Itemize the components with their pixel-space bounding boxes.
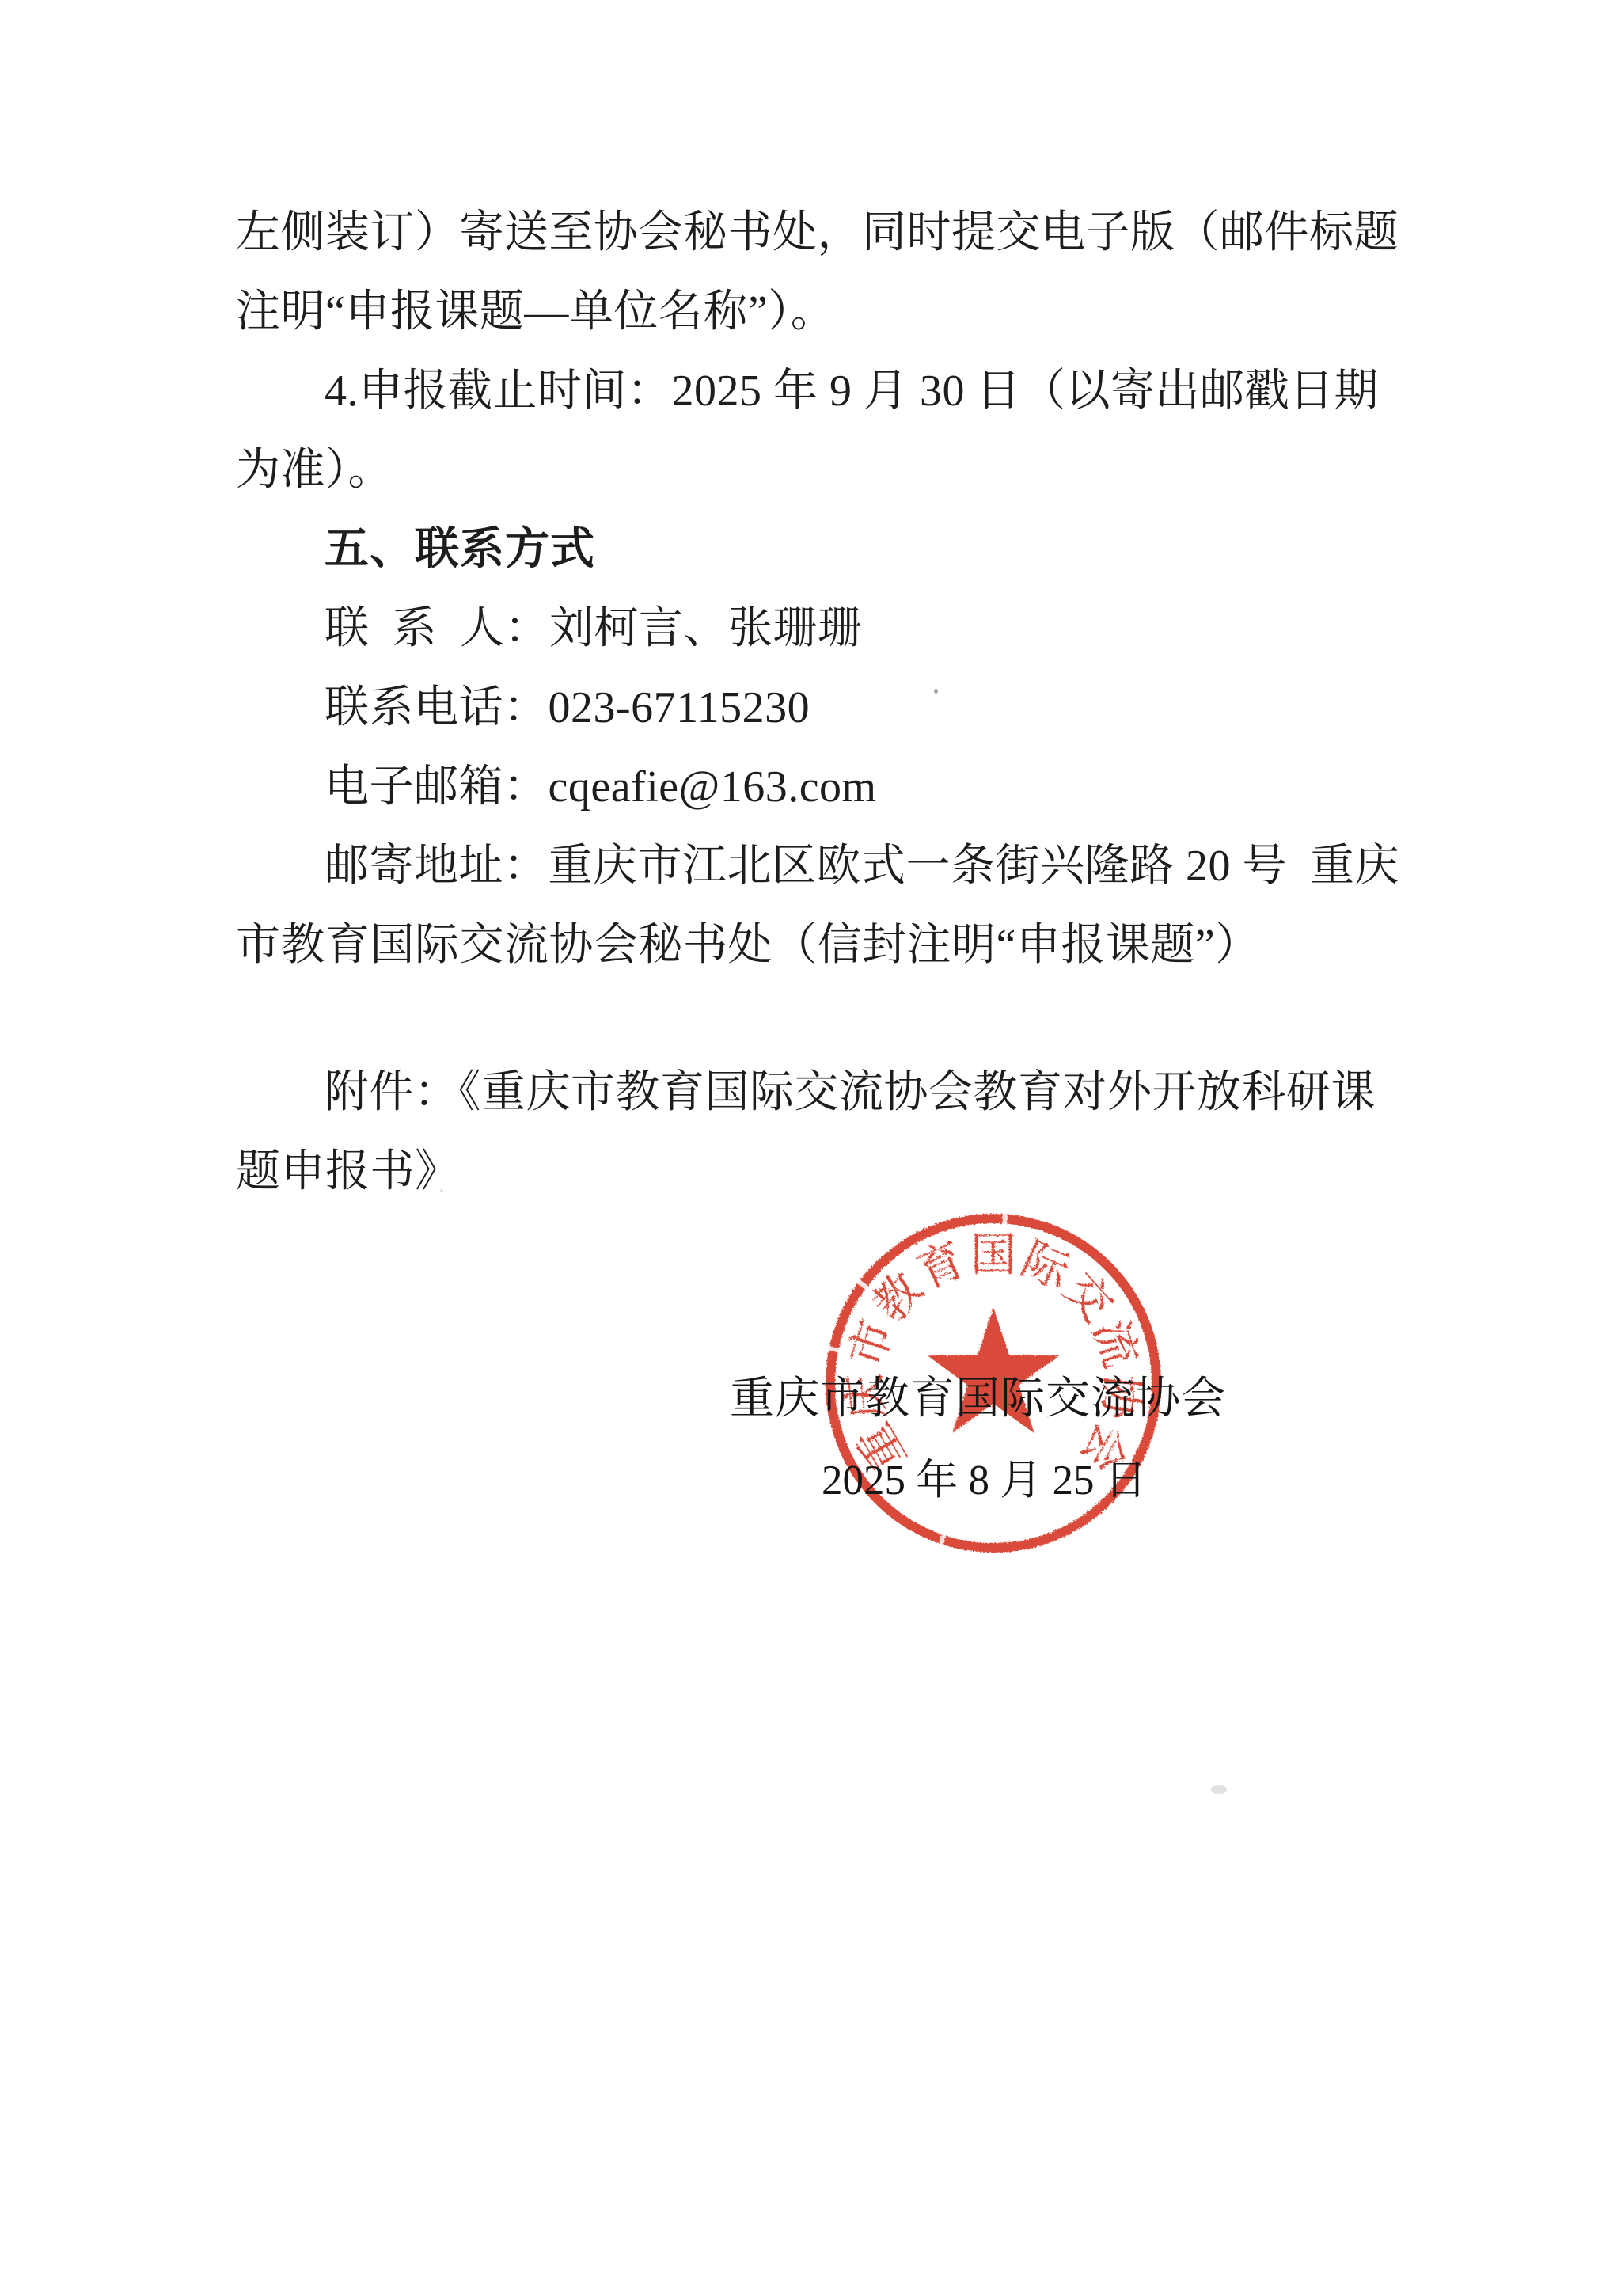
signature-organization: 重庆市教育国际交流协会 [730,1374,1226,1424]
document-line: 电子邮箱：cqeafie@163.com [325,762,1512,812]
document-line: 五、联系方式 [325,524,1512,575]
document-line: 注明“申报课题—单位名称”）。 [236,287,1423,337]
document-line: 4.申报截止时间：2025 年 9 月 30 日（以寄出邮戳日期 [325,366,1512,416]
document-line: 市教育国际交流协会秘书处（信封注明“申报课题”） [236,920,1423,971]
document-line: 题申报书》 [236,1146,1423,1197]
document-line: 为准）。 [236,445,1423,496]
document-line: 联系电话：023-67115230 [325,682,1512,733]
document-body: 左侧装订）寄送至协会秘书处，同时提交电子版（邮件标题注明“申报课题—单位名称”）… [0,0,1621,2296]
document-line: 邮寄地址：重庆市江北区欧式一条街兴隆路 20 号 重庆 [325,841,1512,891]
signature-date: 2025 年 8 月 25 日 [822,1457,1147,1504]
document-line: 左侧装订）寄送至协会秘书处，同时提交电子版（邮件标题 [236,207,1423,258]
scan-speck [934,689,938,694]
scan-speck [440,1189,443,1192]
scan-smudge [1211,1785,1227,1794]
document-page: 左侧装订）寄送至协会秘书处，同时提交电子版（邮件标题注明“申报课题—单位名称”）… [0,0,1621,2296]
document-line: 联 系 人：刘柯言、张珊珊 [325,603,1512,654]
document-line: 附件：《重庆市教育国际交流协会教育对外开放科研课 [325,1067,1512,1118]
seal-arc-char: 国 [970,1230,1016,1281]
